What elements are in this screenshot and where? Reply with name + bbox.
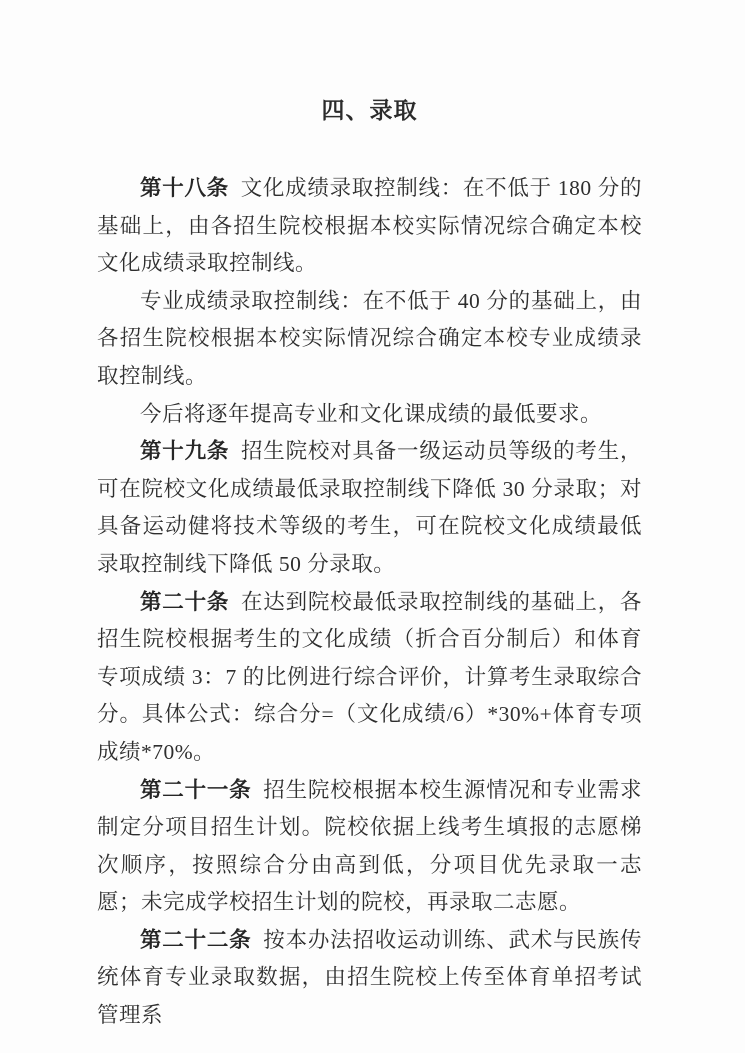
document-page: 四、录取 第十八条文化成绩录取控制线：在不低于 180 分的基础上，由各招生院校… (0, 0, 745, 1053)
paragraph: 第二十一条招生院校根据本校生源情况和专业需求制定分项目招生计划。院校依据上线考生… (97, 772, 642, 922)
article-number: 第二十条 (140, 590, 229, 614)
section-title: 四、录取 (97, 96, 642, 126)
paragraph: 第十八条文化成绩录取控制线：在不低于 180 分的基础上，由各招生院校根据本校实… (97, 170, 642, 283)
paragraph: 第二十条在达到院校最低录取控制线的基础上，各招生院校根据考生的文化成绩（折合百分… (97, 584, 642, 772)
paragraph: 第二十二条按本办法招收运动训练、武术与民族传统体育专业录取数据，由招生院校上传至… (97, 922, 642, 1035)
paragraph: 第十九条招生院校对具备一级运动员等级的考生，可在院校文化成绩最低录取控制线下降低… (97, 433, 642, 583)
paragraph-text: 今后将逐年提高专业和文化课成绩的最低要求。 (140, 402, 602, 426)
article-number: 第十八条 (140, 176, 229, 200)
paragraph: 专业成绩录取控制线：在不低于 40 分的基础上，由各招生院校根据本校实际情况综合… (97, 283, 642, 396)
document-body: 第十八条文化成绩录取控制线：在不低于 180 分的基础上，由各招生院校根据本校实… (97, 170, 642, 1035)
document-content: 四、录取 第十八条文化成绩录取控制线：在不低于 180 分的基础上，由各招生院校… (97, 96, 642, 1035)
paragraph: 今后将逐年提高专业和文化课成绩的最低要求。 (97, 396, 642, 434)
article-number: 第二十二条 (140, 928, 251, 952)
article-number: 第十九条 (140, 439, 229, 463)
paragraph-text: 在达到院校最低录取控制线的基础上，各招生院校根据考生的文化成绩（折合百分制后）和… (97, 590, 642, 764)
paragraph-text: 专业成绩录取控制线：在不低于 40 分的基础上，由各招生院校根据本校实际情况综合… (97, 289, 642, 388)
article-number: 第二十一条 (140, 778, 251, 802)
